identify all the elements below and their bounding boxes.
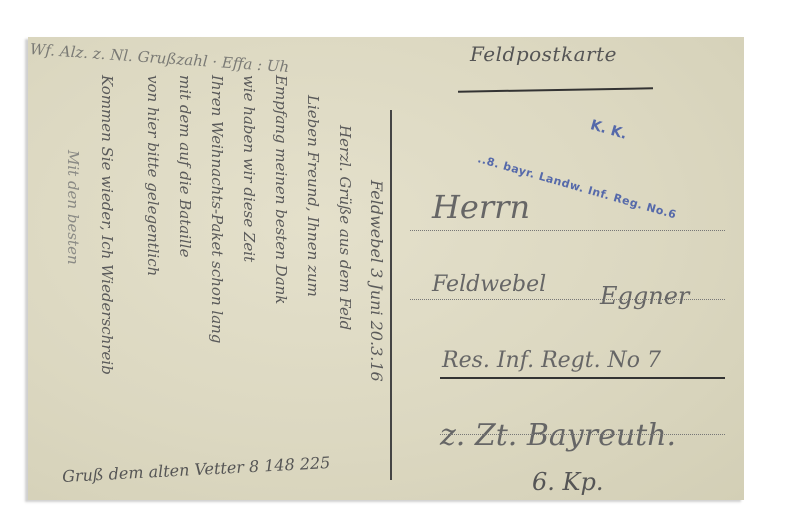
address-line-2 [410, 299, 725, 300]
message-line-5: Ihren Weihnachts-Paket schon lang [208, 75, 226, 343]
message-line-8: Kommen Sie wieder, Ich Wiederschreib [98, 75, 116, 375]
address-unit-underline [440, 377, 725, 379]
postcard-heading: Feldpostkarte [470, 42, 617, 66]
address-salutation: Herrn [432, 188, 530, 226]
address-location: z. Zt. Bayreuth. [440, 418, 676, 453]
address-line-3 [440, 434, 725, 435]
message-line-1: Herzl. Grüße aus dem Feld [336, 125, 354, 330]
message-line-9: Mit den besten [64, 150, 82, 265]
message-line-2: Lieben Freund, Ihnen zum [304, 95, 322, 297]
address-name: Eggner [600, 282, 689, 310]
address-rank: Feldwebel [432, 272, 546, 297]
message-line-6: mit dem auf die Bataille [176, 75, 194, 257]
address-line-1 [410, 230, 725, 231]
message-line-4: wie haben wir diese Zeit [240, 75, 258, 262]
address-company: 6. Kp. [532, 468, 603, 496]
message-line-3: Empfang meinen besten Dank [272, 75, 290, 304]
postcard-divider [390, 110, 392, 480]
message-line-7: von hier bitte gelegentlich [144, 75, 162, 276]
address-unit: Res. Inf. Regt. No 7 [442, 348, 661, 373]
message-date-line: Feldwebel 3 Juni 20.3.16 [367, 180, 386, 382]
